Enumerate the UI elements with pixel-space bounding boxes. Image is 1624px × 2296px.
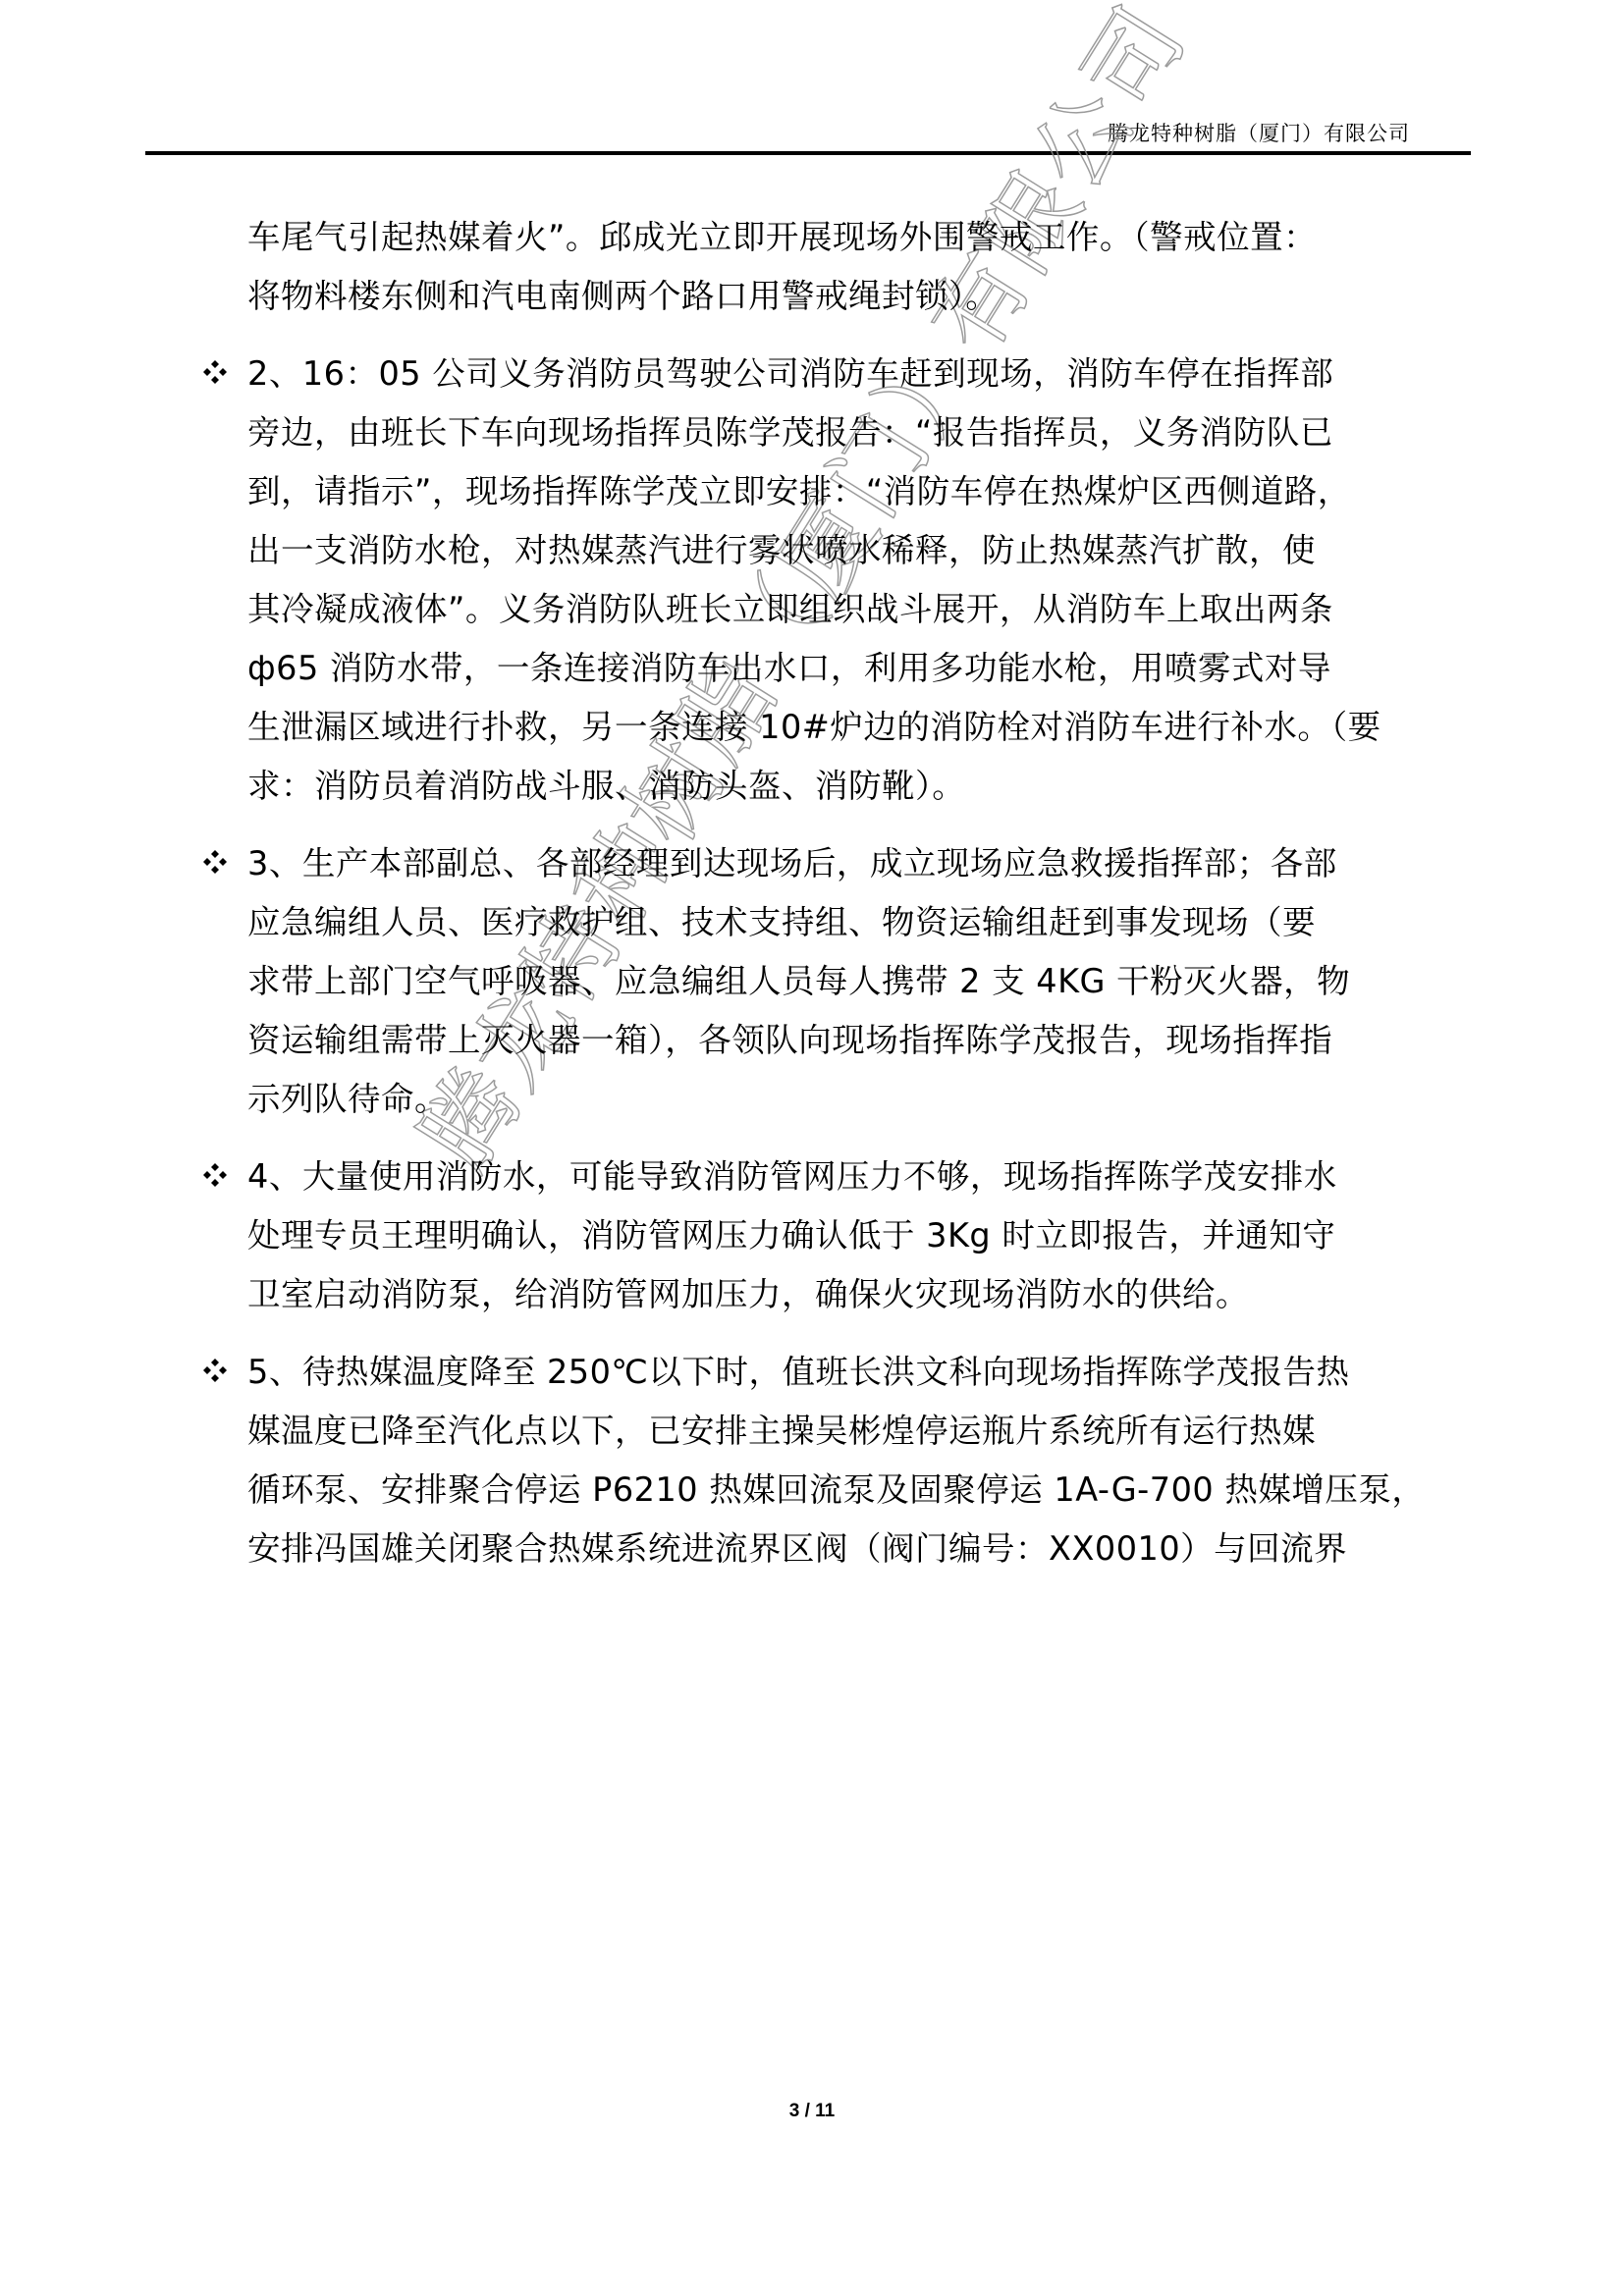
diamond-bullet-icon xyxy=(198,1343,232,1402)
list-item-4: 4、大量使用消防水，可能导致消防管网压力不够，现场指挥陈学茂安排水 处理专员王理… xyxy=(177,1148,1483,1324)
text-line: 循环泵、安排聚合停运 P6210 热媒回流泵及固聚停运 1A-G-700 热媒增… xyxy=(247,1461,1483,1520)
list-item-5: 5、待热媒温度降至 250℃以下时，值班长洪文科向现场指挥陈学茂报告热 媒温度已… xyxy=(177,1343,1483,1578)
text-line: 卫室启动消防泵，给消防管网加压力，确保火灾现场消防水的供给。 xyxy=(247,1265,1483,1324)
diamond-bullet-icon xyxy=(198,345,232,403)
text-line: 5、待热媒温度降至 250℃以下时，值班长洪文科向现场指挥陈学茂报告热 xyxy=(247,1343,1483,1402)
text-line: 4、大量使用消防水，可能导致消防管网压力不够，现场指挥陈学茂安排水 xyxy=(247,1148,1483,1206)
text-line: 出一支消防水枪，对热媒蒸汽进行雾状喷水稀释，防止热媒蒸汽扩散，使 xyxy=(247,521,1483,580)
text-line: 2、16：05 公司义务消防员驾驶公司消防车赶到现场，消防车停在指挥部 xyxy=(247,345,1483,403)
text-line: 将物料楼东侧和汽电南侧两个路口用警戒绳封锁）。 xyxy=(247,267,1483,326)
text-line: 示列队待命。 xyxy=(247,1070,1483,1129)
intro-paragraph: 车尾气引起热媒着火”。邱成光立即开展现场外围警戒工作。（警戒位置： 将物料楼东侧… xyxy=(177,208,1483,326)
text-line: 生泄漏区域进行扑救，另一条连接 10#炉边的消防栓对消防车进行补水。（要 xyxy=(247,698,1483,757)
text-line: 媒温度已降至汽化点以下，已安排主操吴彬煌停运瓶片系统所有运行热媒 xyxy=(247,1402,1483,1461)
document-body: 车尾气引起热媒着火”。邱成光立即开展现场外围警戒工作。（警戒位置： 将物料楼东侧… xyxy=(177,208,1483,1578)
text-line: 其冷凝成液体”。义务消防队班长立即组织战斗展开，从消防车上取出两条 xyxy=(247,580,1483,639)
text-line: 应急编组人员、医疗救护组、技术支持组、物资运输组赶到事发现场（要 xyxy=(247,893,1483,952)
text-line: ф65 消防水带，一条连接消防车出水口，利用多功能水枪，用喷雾式对导 xyxy=(247,639,1483,698)
text-line: 车尾气引起热媒着火”。邱成光立即开展现场外围警戒工作。（警戒位置： xyxy=(247,208,1483,267)
text-line: 到，请指示”，现场指挥陈学茂立即安排：“消防车停在热煤炉区西侧道路， xyxy=(247,462,1483,521)
text-line: 资运输组需带上灭火器一箱），各领队向现场指挥陈学茂报告，现场指挥指 xyxy=(247,1011,1483,1070)
text-line: 3、生产本部副总、各部经理到达现场后，成立现场应急救援指挥部；各部 xyxy=(247,834,1483,893)
text-line: 安排冯国雄关闭聚合热媒系统进流界区阀（阀门编号：XX0010）与回流界 xyxy=(247,1520,1483,1578)
diamond-bullet-icon xyxy=(198,834,232,893)
text-line: 求：消防员着消防战斗服、消防头盔、消防靴）。 xyxy=(247,757,1483,816)
list-item-2: 2、16：05 公司义务消防员驾驶公司消防车赶到现场，消防车停在指挥部 旁边，由… xyxy=(177,345,1483,816)
text-line: 求带上部门空气呼吸器、应急编组人员每人携带 2 支 4KG 干粉灭火器，物 xyxy=(247,952,1483,1011)
page-number: 3 / 11 xyxy=(0,2101,1624,2122)
text-line: 处理专员王理明确认，消防管网压力确认低于 3Kg 时立即报告，并通知守 xyxy=(247,1206,1483,1265)
list-item-3: 3、生产本部副总、各部经理到达现场后，成立现场应急救援指挥部；各部 应急编组人员… xyxy=(177,834,1483,1129)
page-header: 腾龙特种树脂（厦门）有限公司 xyxy=(145,116,1471,155)
diamond-bullet-icon xyxy=(198,1148,232,1206)
text-line: 旁边，由班长下车向现场指挥员陈学茂报告：“报告指挥员，义务消防队已 xyxy=(247,403,1483,462)
header-company-name: 腾龙特种树脂（厦门）有限公司 xyxy=(1108,118,1410,147)
